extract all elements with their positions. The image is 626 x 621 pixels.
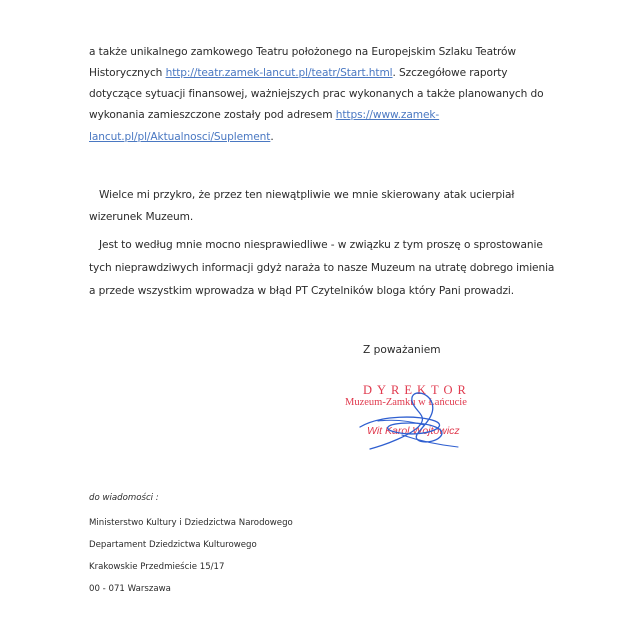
cc-line-city: 00 - 071 Warszawa — [89, 583, 171, 595]
paragraph3-line2: tych nieprawdziwych informacji gdyż nara… — [89, 261, 554, 275]
paragraph1-line2: Historycznych http://teatr.zamek-lancut.… — [89, 66, 507, 80]
paragraph3-line3: a przede wszystkim wprowadza w błąd PT C… — [89, 284, 514, 298]
signature-scribble — [340, 385, 490, 455]
paragraph1-line3: dotyczące sytuacji finansowej, ważniejsz… — [89, 87, 544, 101]
closing-salutation: Z poważaniem — [363, 344, 441, 356]
paragraph1-line4: wykonania zamieszczone zostały pod adres… — [89, 108, 439, 122]
paragraph1-line2-suffix: . Szczegółowe raporty — [393, 67, 508, 79]
theatre-link[interactable]: http://teatr.zamek-lancut.pl/teatr/Start… — [166, 67, 393, 79]
paragraph1-line5-suffix: . — [270, 131, 273, 143]
cc-label: do wiadomości : — [89, 492, 159, 504]
letter-page: a także unikalnego zamkowego Teatru poło… — [0, 0, 626, 621]
supplement-link-part1[interactable]: https://www.zamek- — [336, 109, 439, 121]
supplement-link-part2[interactable]: lancut.pl/pl/Aktualnosci/Suplement — [89, 131, 270, 143]
paragraph1-line1: a także unikalnego zamkowego Teatru poło… — [89, 45, 516, 59]
cc-line-street: Krakowskie Przedmieście 15/17 — [89, 561, 225, 573]
paragraph2-line1: Wielce mi przykro, że przez ten niewątpl… — [89, 188, 514, 202]
paragraph3-line1: Jest to według mnie mocno niesprawiedliw… — [89, 238, 543, 252]
cc-line-ministry: Ministerstwo Kultury i Dziedzictwa Narod… — [89, 517, 293, 529]
paragraph1-line2-prefix: Historycznych — [89, 67, 166, 79]
cc-line-department: Departament Dziedzictwa Kulturowego — [89, 539, 257, 551]
paragraph1-line4-prefix: wykonania zamieszczone zostały pod adres… — [89, 109, 336, 121]
paragraph2-line2: wizerunek Muzeum. — [89, 210, 193, 224]
paragraph1-line5: lancut.pl/pl/Aktualnosci/Suplement. — [89, 130, 274, 144]
